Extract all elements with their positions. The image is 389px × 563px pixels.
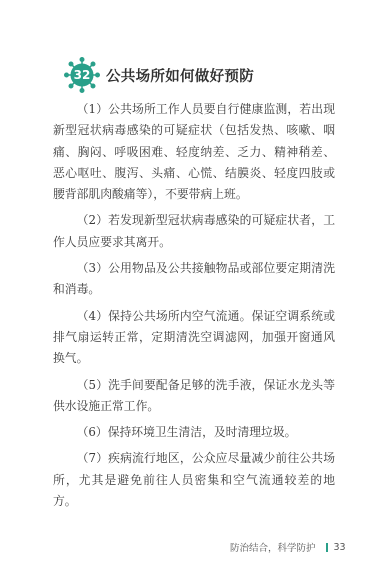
body-text: （1）公共场所工作人员要自行健康监测，若出现新型冠状病毒感染的可疑症状（包括发热… [53, 99, 335, 517]
paragraph-7: （7）疾病流行地区，公众应尽量减少前往公共场所，尤其是避免前往人员密集和空气流通… [53, 448, 335, 512]
paragraph-3: （3）公用物品及公共接触物品或部位要定期清洗和消毒。 [53, 258, 335, 301]
virus-number-badge: 32 [64, 57, 100, 93]
footer-divider [326, 543, 328, 552]
paragraph-6: （6）保持环境卫生清洁，及时清理垃圾。 [53, 422, 335, 443]
paragraph-4: （4）保持公共场所内空气流通。保证空调系统或排气扇运转正常，定期清洗空调滤网，加… [53, 306, 335, 370]
footer-slogan: 防治结合，科学防护 [230, 540, 316, 554]
page-number: 33 [334, 542, 346, 553]
page-footer: 防治结合，科学防护 33 [230, 540, 346, 554]
paragraph-1: （1）公共场所工作人员要自行健康监测，若出现新型冠状病毒感染的可疑症状（包括发热… [53, 99, 335, 205]
section-header: 32 公共场所如何做好预防 [64, 57, 254, 93]
section-title: 公共场所如何做好预防 [106, 65, 254, 86]
paragraph-2: （2）若发现新型冠状病毒感染的可疑症状者，工作人员应要求其离开。 [53, 210, 335, 253]
paragraph-5: （5）洗手间要配备足够的洗手液，保证水龙头等供水设施正常工作。 [53, 375, 335, 418]
section-number: 32 [64, 57, 100, 93]
